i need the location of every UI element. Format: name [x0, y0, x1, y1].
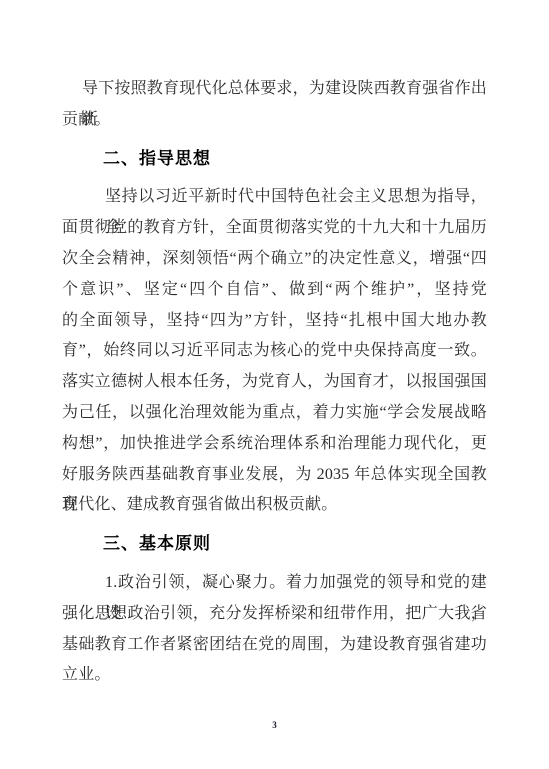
- text-line: 育”，始终同以习近平同志为核心的党中央保持高度一致。: [62, 336, 487, 367]
- text-line: 好服务陕西基础教育事业发展，为 2035 年总体实现全国教育: [62, 460, 487, 491]
- text-line: 现代化、建成教育强省做出积极贡献。: [62, 490, 487, 521]
- text-line: 次全会精神，深刻领悟“两个确立”的决定性意义，增强“四: [62, 244, 487, 275]
- section-heading-basic-principles: 三、基本原则: [62, 529, 487, 560]
- text-line: 为己任，以强化治理效能为重点，着力实施“学会发展战略: [62, 398, 487, 429]
- text-line: 基础教育工作者紧密团结在党的周围，为建设教育强省建功: [62, 630, 487, 661]
- text-line: 导下按照教育现代化总体要求，为建设陕西教育强省作出新: [62, 74, 487, 105]
- text-line: 立业。: [62, 660, 487, 691]
- text-line: 1.政治引领，凝心聚力。着力加强党的领导和党的建设，: [62, 568, 487, 599]
- text-line: 贡献。: [62, 105, 487, 136]
- page-content: 导下按照教育现代化总体要求，为建设陕西教育强省作出新 贡献。 二、指导思想 坚持…: [62, 74, 487, 691]
- text-line: 落实立德树人根本任务，为党育人，为国育才，以报国强国: [62, 367, 487, 398]
- text-line: 面贯彻党的教育方针，全面贯彻落实党的十九大和十九届历: [62, 213, 487, 244]
- text-line: 坚持以习近平新时代中国特色社会主义思想为指导，全: [62, 182, 487, 213]
- page-number: 3: [0, 720, 549, 730]
- section-heading-guiding-ideology: 二、指导思想: [62, 144, 487, 175]
- document-page: 导下按照教育现代化总体要求，为建设陕西教育强省作出新 贡献。 二、指导思想 坚持…: [0, 0, 549, 769]
- text-line: 构想”，加快推进学会系统治理体系和治理能力现代化，更: [62, 429, 487, 460]
- text-line: 强化思想政治引领，充分发挥桥梁和纽带作用，把广大我省: [62, 599, 487, 630]
- text-line: 的全面领导，坚持“四为”方针，坚持“扎根中国大地办教: [62, 306, 487, 337]
- text-line: 个意识”、坚定“四个自信”、做到“两个维护”，坚持党: [62, 275, 487, 306]
